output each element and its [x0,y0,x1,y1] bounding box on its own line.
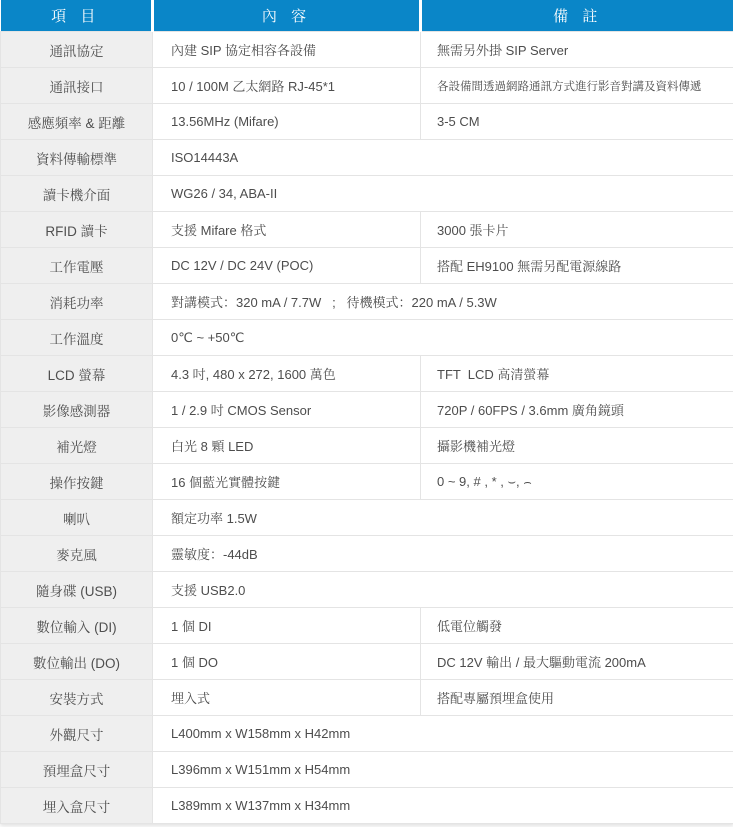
spec-remark-value: 3-5 CM [421,104,733,140]
table-row: 埋入盒尺寸L389mm x W137mm x H34mm [1,788,733,824]
spec-item-label: 數位輸出 (DO) [1,644,153,680]
table-row: 數位輸入 (DI)1 個 DI低電位觸發 [1,608,733,644]
table-body: 通訊協定內建 SIP 協定相容各設備無需另外掛 SIP Server通訊接口10… [1,32,733,824]
table-row: 操作按鍵16 個藍光實體按鍵0 ~ 9, # , * , ⌣, ⌢ [1,464,733,500]
table-row: 通訊接口10 / 100M 乙太網路 RJ-45*1各設備間透過網路通訊方式進行… [1,68,733,104]
spec-item-label: 預埋盒尺寸 [1,752,153,788]
table-header: 項 目 內 容 備 註 [1,0,733,32]
table-row: 資料傳輸標準ISO14443A [1,140,733,176]
spec-item-label: 讀卡機介面 [1,176,153,212]
spec-sheet-page: 項 目 內 容 備 註 通訊協定內建 SIP 協定相容各設備無需另外掛 SIP … [0,0,733,827]
spec-content-value: 4.3 吋, 480 x 272, 1600 萬色 [153,356,421,392]
table-row: RFID 讀卡支援 Mifare 格式3000 張卡片 [1,212,733,248]
table-row: 消耗功率對講模式：320 mA / 7.7W ; 待機模式：220 mA / 5… [1,284,733,320]
spec-content-value: 白光 8 顆 LED [153,428,421,464]
header-row: 項 目 內 容 備 註 [1,0,733,32]
spec-content-value: L389mm x W137mm x H34mm [153,788,733,824]
spec-content-value: L396mm x W151mm x H54mm [153,752,733,788]
header-item: 項 目 [1,0,153,32]
spec-remark-value: TFT LCD 高清螢幕 [421,356,733,392]
spec-item-label: 隨身碟 (USB) [1,572,153,608]
table-row: 喇叭額定功率 1.5W [1,500,733,536]
spec-remark-value: 低電位觸發 [421,608,733,644]
spec-item-label: 數位輸入 (DI) [1,608,153,644]
table-row: 麥克風靈敏度：-44dB [1,536,733,572]
header-remark: 備 註 [421,0,733,32]
spec-content-value: 額定功率 1.5W [153,500,733,536]
table-row: 外觀尺寸L400mm x W158mm x H42mm [1,716,733,752]
table-row: 數位輸出 (DO)1 個 DODC 12V 輸出 / 最大驅動電流 200mA [1,644,733,680]
spec-item-label: 補光燈 [1,428,153,464]
spec-item-label: 資料傳輸標準 [1,140,153,176]
spec-content-value: WG26 / 34, ABA-II [153,176,733,212]
spec-content-value: 10 / 100M 乙太網路 RJ-45*1 [153,68,421,104]
spec-content-value: 0℃ ~ +50℃ [153,320,733,356]
spec-item-label: 埋入盒尺寸 [1,788,153,824]
spec-item-label: RFID 讀卡 [1,212,153,248]
spec-item-label: 安裝方式 [1,680,153,716]
spec-content-value: 靈敏度：-44dB [153,536,733,572]
table-row: LCD 螢幕4.3 吋, 480 x 272, 1600 萬色TFT LCD 高… [1,356,733,392]
spec-item-label: 影像感測器 [1,392,153,428]
spec-remark-value: 各設備間透過網路通訊方式進行影音對講及資料傳遞 [421,68,733,104]
spec-content-value: 1 個 DO [153,644,421,680]
table-row: 工作電壓DC 12V / DC 24V (POC)搭配 EH9100 無需另配電… [1,248,733,284]
spec-item-label: 操作按鍵 [1,464,153,500]
table-row: 影像感測器1 / 2.9 吋 CMOS Sensor720P / 60FPS /… [1,392,733,428]
spec-content-value: 1 個 DI [153,608,421,644]
spec-content-value: 13.56MHz (Mifare) [153,104,421,140]
spec-item-label: 工作溫度 [1,320,153,356]
table-row: 讀卡機介面WG26 / 34, ABA-II [1,176,733,212]
spec-content-value: 支援 Mifare 格式 [153,212,421,248]
spec-remark-value: DC 12V 輸出 / 最大驅動電流 200mA [421,644,733,680]
spec-content-value: 16 個藍光實體按鍵 [153,464,421,500]
spec-content-value: ISO14443A [153,140,733,176]
spec-content-value: DC 12V / DC 24V (POC) [153,248,421,284]
spec-remark-value: 3000 張卡片 [421,212,733,248]
spec-item-label: 工作電壓 [1,248,153,284]
spec-item-label: 通訊接口 [1,68,153,104]
spec-content-value: L400mm x W158mm x H42mm [153,716,733,752]
table-row: 預埋盒尺寸L396mm x W151mm x H54mm [1,752,733,788]
table-row: 安裝方式埋入式搭配專屬預埋盒使用 [1,680,733,716]
header-content: 內 容 [153,0,421,32]
spec-remark-value: 搭配 EH9100 無需另配電源線路 [421,248,733,284]
table-row: 工作溫度0℃ ~ +50℃ [1,320,733,356]
spec-item-label: 消耗功率 [1,284,153,320]
spec-item-label: 外觀尺寸 [1,716,153,752]
spec-remark-value: 720P / 60FPS / 3.6mm 廣角鏡頭 [421,392,733,428]
spec-table: 項 目 內 容 備 註 通訊協定內建 SIP 協定相容各設備無需另外掛 SIP … [0,0,733,824]
table-row: 通訊協定內建 SIP 協定相容各設備無需另外掛 SIP Server [1,32,733,68]
table-row: 隨身碟 (USB)支援 USB2.0 [1,572,733,608]
spec-item-label: 麥克風 [1,536,153,572]
table-row: 感應頻率 & 距離13.56MHz (Mifare)3-5 CM [1,104,733,140]
spec-item-label: 喇叭 [1,500,153,536]
spec-content-value: 支援 USB2.0 [153,572,733,608]
spec-content-value: 1 / 2.9 吋 CMOS Sensor [153,392,421,428]
spec-item-label: LCD 螢幕 [1,356,153,392]
spec-item-label: 通訊協定 [1,32,153,68]
spec-content-value: 埋入式 [153,680,421,716]
table-row: 補光燈白光 8 顆 LED攝影機補光燈 [1,428,733,464]
spec-remark-value: 無需另外掛 SIP Server [421,32,733,68]
spec-remark-value: 攝影機補光燈 [421,428,733,464]
spec-content-value: 對講模式：320 mA / 7.7W ; 待機模式：220 mA / 5.3W [153,284,733,320]
spec-content-value: 內建 SIP 協定相容各設備 [153,32,421,68]
spec-remark-value: 搭配專屬預埋盒使用 [421,680,733,716]
spec-item-label: 感應頻率 & 距離 [1,104,153,140]
spec-remark-value: 0 ~ 9, # , * , ⌣, ⌢ [421,464,733,500]
